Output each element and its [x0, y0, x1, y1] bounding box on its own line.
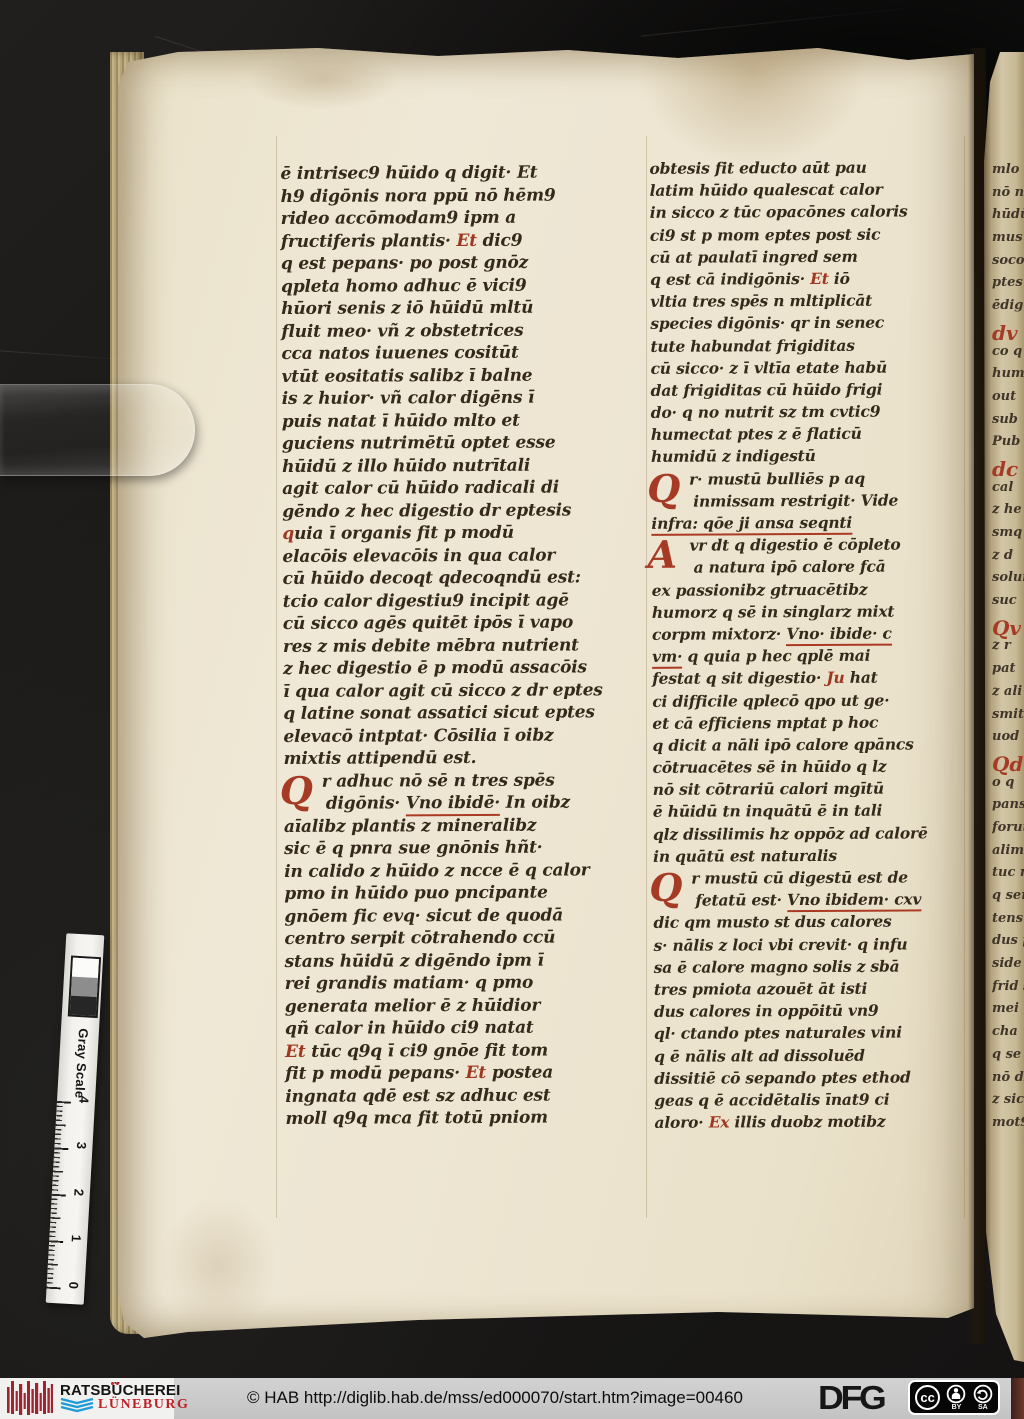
ink-text: hūori senis z iō hūidū mltū — [281, 298, 533, 319]
manuscript-text-line: cū hūido decoqt qdecoqndū est: — [283, 567, 649, 591]
text-column-left: ē intrisec9 hūido q digit· Eth9 digōnis … — [280, 162, 651, 1131]
ink-text: rei grandis matiam· q pmo — [285, 973, 533, 994]
manuscript-text-line: geas q ē accidētalis īnat9 ci — [654, 1089, 968, 1113]
manuscript-text-line: dic qm musto st dus calores — [653, 912, 967, 936]
ink-text: cū at paulatī ingred sem — [650, 246, 858, 266]
share-alike-arrow-icon — [973, 1384, 993, 1404]
manuscript-text-line: in quātū est naturalis — [653, 845, 967, 869]
manuscript-text-line: fructiferis plantis· Et dic9 — [281, 230, 647, 254]
ink-text: in sicco z tūc opacōnes caloris — [650, 202, 908, 222]
edge-text-fragment: dus p — [992, 933, 1024, 956]
ink-text: centro serpit cōtrahendo ccū — [284, 928, 555, 949]
ink-text: species digōnis· qr in senec — [650, 313, 884, 333]
manuscript-text-line: cū sicco· z ī vltīa etate habū — [650, 357, 964, 381]
ink-text: geas q ē accidētalis īnat9 ci — [654, 1089, 889, 1109]
edge-text-fragment: ēdig — [992, 298, 1024, 321]
manuscript-text-line: ex passionibz gtruacētibz — [652, 579, 966, 603]
red-touched-text: Et — [466, 1063, 487, 1083]
manuscript-text-line: a natura ipō calore fcā — [652, 557, 966, 581]
patch-black — [70, 996, 97, 1016]
manuscript-text-line: digōnis· Vno ibidē· In oibz — [284, 792, 650, 816]
edge-text-fragment: hum — [992, 366, 1024, 389]
edge-text-fragment: nō dz — [992, 1070, 1024, 1093]
edge-text-fragment: tens a — [992, 911, 1024, 934]
ink-text: dissitiē cō sepando ptes ethod — [654, 1067, 910, 1087]
ink-text: hūidū z illo hūido nutrītali — [282, 455, 530, 476]
manuscript-text-line: quia ī organis fit p modū — [282, 522, 648, 546]
manuscript-text-line: vtūt eositatis salibz ī balne — [282, 365, 648, 389]
manuscript-text-line: aloro· Ex illis duobz motibz — [654, 1111, 968, 1135]
manuscript-text-line: ī qua calor agit cū sicco z dr eptes — [283, 680, 649, 704]
ink-text: guciens nutrimētū optet esse — [282, 433, 556, 454]
ink-text: dic qm musto st dus calores — [653, 912, 891, 932]
red-underlined-text: infra: qōe ji ansa seqnti — [651, 513, 852, 536]
ink-text: moll q9q mca fit totū pniom — [285, 1108, 548, 1129]
umlaut-red-dots — [111, 1382, 120, 1385]
red-touched-text: Et — [285, 1041, 306, 1061]
ink-text: humorz q sē in singlarz mixt — [652, 601, 895, 621]
manuscript-text-line: in sicco z tūc opacōnes caloris — [650, 202, 964, 226]
edge-text-fragment: side p — [992, 956, 1024, 979]
copyright-url: © HAB http://diglib.hab.de/mss/ed000070/… — [247, 1388, 743, 1408]
edge-text-fragment: soco — [992, 253, 1024, 276]
manuscript-text-line: qpleta homo adhuc ē vici9 — [281, 275, 647, 299]
edge-text-fragment: uod — [992, 729, 1024, 752]
ink-text: fetatū est· — [695, 890, 787, 909]
ink-text: tute habundat frigiditas — [650, 335, 854, 355]
manuscript-text-line: vltia tres spēs n mltiplicāt — [650, 290, 964, 314]
ink-text: gēndo z hec digestio dr eptesis — [282, 500, 571, 522]
digitized-manuscript-photo: ē intrisec9 hūido q digit· Eth9 digōnis … — [0, 0, 1024, 1419]
ink-text: corpm mixtorz· — [652, 624, 786, 644]
manuscript-text-line: tcio calor digestiu9 incipit agē — [283, 590, 649, 614]
manuscript-text-line: humidū z indigestū — [651, 446, 965, 470]
ink-text: fit p modū pepans· — [285, 1063, 466, 1084]
edge-text-fragment: alimō — [992, 843, 1024, 866]
dfg-logo: DFG — [818, 1379, 884, 1417]
manuscript-text-line: festat q sit digestio· Ju hat — [652, 667, 966, 691]
edge-text-fragment: q se — [992, 1047, 1024, 1070]
manuscript-text-line: z hec digestio ē p modū assacōis — [283, 657, 649, 681]
ink-text: gnōem fic evq· sicut de quodā — [284, 905, 563, 926]
red-touched-text: Et — [810, 269, 829, 288]
manuscript-text-line: q ē nālis alt ad dissoluēd — [654, 1045, 968, 1069]
manuscript-text-line: is z huior· vñ calor digēns ī — [282, 387, 648, 411]
ink-text: aloro· — [654, 1113, 708, 1132]
manuscript-text-line: hūidū z illo hūido nutrītali — [282, 455, 648, 479]
manuscript-text-line: cū sicco agēs quitēt ipōs ī vapo — [283, 612, 649, 636]
edge-text-fragment: smq — [992, 525, 1024, 548]
ink-text: dic9 — [477, 230, 523, 250]
edge-text-fragment: smit — [992, 707, 1024, 730]
edge-text-fragment: forut — [992, 820, 1024, 843]
manuscript-text-line: in calido z hūido z ncce ē q calor — [284, 860, 650, 884]
manuscript-text-line: ci difficile qplecō qpo ut ge· — [652, 690, 966, 714]
manuscript-text-line: puis natat ī hūido mlto et — [282, 410, 648, 434]
ink-text: mixtis attipendū est. — [284, 748, 477, 769]
manuscript-text-line: s· nālis z loci vbi crevit· q infu — [654, 934, 968, 958]
manuscript-text-line: elacōis elevacōis in qua calor — [282, 545, 648, 569]
manuscript-text-line: obtesis fit educto aūt pau — [649, 157, 963, 181]
edge-text-fragment: z d — [992, 548, 1024, 571]
cc-license-badge: cc BY SA — [908, 1380, 1000, 1415]
ink-text: vltia tres spēs n mltiplicāt — [650, 291, 872, 311]
ink-text: inmissam restrigit· Vide — [693, 490, 898, 510]
manuscript-text-line: do· q no nutrit sz tm cvtic9 — [651, 401, 965, 425]
manuscript-text-line: generata melior ē z hūidior — [285, 995, 651, 1019]
manuscript-text-line: sa ē calore magno solis z sbā — [654, 956, 968, 980]
manuscript-text-line: cca natos iuuenes cositūt — [281, 342, 647, 366]
ink-text: illis duobz motibz — [729, 1112, 885, 1132]
manuscript-text-line: q latine sonat assatici sicut eptes — [283, 702, 649, 726]
ink-text: digōnis· — [326, 793, 406, 813]
cc-by-label: BY — [952, 1404, 962, 1411]
open-book-icon — [60, 1397, 94, 1413]
red-underlined-text: Vno ibidē· — [406, 793, 500, 816]
manuscript-text-line: Qr mustū cū digestū est de — [653, 867, 967, 891]
edge-text-fragment: z r — [992, 638, 1024, 661]
manuscript-text-line: elevacō intptat· Cōsilia ī oibz — [283, 725, 649, 749]
ink-text: ē intrisec9 hūido q digit· Et — [280, 163, 537, 184]
red-touched-text: Et — [456, 230, 477, 250]
ruler-label: Gray Scale — [72, 1028, 91, 1099]
ink-text: r mustū cū digestū est de — [691, 867, 908, 887]
ruler-number: 1 — [68, 1234, 84, 1249]
parchment-stain — [158, 1196, 278, 1336]
ink-text: rideo accōmodam9 ipm a — [281, 208, 516, 229]
facing-page-text-fragments: mlonō nhūdūmussocoptesēdigdvco qhumoutsu… — [992, 162, 1024, 1138]
edge-rubric-initial: Qv — [992, 616, 1024, 639]
red-touched-text: Ex — [709, 1112, 730, 1131]
ink-text: cōtruacētes sē in hūido q lz — [653, 757, 887, 777]
ink-text: hat — [844, 668, 877, 687]
ink-text: qpleta homo adhuc ē vici9 — [281, 275, 526, 296]
manuscript-text-line: rideo accōmodam9 ipm a — [281, 207, 647, 231]
ink-text: ci9 st p mom eptes post sic — [650, 224, 881, 244]
library-name-line2: LÜNEBURG — [98, 1397, 189, 1413]
ink-text: h9 digōnis nora ppū nō hēm9 — [281, 185, 556, 206]
ink-text: q quia p hec qplē mai — [682, 646, 870, 666]
edge-text-fragment: cha — [992, 1024, 1024, 1047]
manuscript-text-line: corpm mixtorz· Vno· ibide· c — [652, 623, 966, 647]
text-column-right: obtesis fit educto aūt paulatim hūido qu… — [649, 157, 968, 1135]
patch-gray — [71, 977, 98, 997]
manuscript-text-line: dissitiē cō sepando ptes ethod — [654, 1067, 968, 1091]
manuscript-text-line: fit p modū pepans· Et postea — [285, 1062, 651, 1086]
ink-text: cca natos iuuenes cositūt — [281, 343, 518, 364]
manuscript-text-line: latim hūido qualescat calor — [650, 179, 964, 203]
ink-text: ci difficile qplecō qpo ut ge· — [652, 690, 889, 710]
ink-text: r adhuc nō sē n tres spēs — [322, 770, 555, 791]
ink-text: tūc q9q ī ci9 gnōe fit tom — [305, 1040, 548, 1061]
edge-text-fragment: hūdū — [992, 207, 1024, 230]
ink-text: vtūt eositatis salibz ī balne — [282, 365, 533, 386]
manuscript-text-line: qlz dissilimis hz oppōz ad calorē — [653, 823, 967, 847]
manuscript-text-line: species digōnis· qr in senec — [650, 312, 964, 336]
red-underlined-text: vm· — [652, 647, 682, 669]
edge-text-fragment: tuc n· — [992, 865, 1024, 888]
edge-text-fragment: mot9 — [992, 1115, 1024, 1138]
grayscale-patches — [68, 956, 101, 1019]
ink-text: puis natat ī hūido mlto et — [282, 410, 520, 431]
edge-rubric-initial: Qd — [992, 752, 1024, 775]
ink-text: iō — [829, 269, 850, 288]
red-touched-text: Ju — [826, 668, 844, 687]
page-holder-strip — [0, 384, 195, 476]
manuscript-text-line: tres pmiota azouēt āt isti — [654, 978, 968, 1002]
manuscript-text-line: Avr dt q digestio ē cōpleto — [651, 534, 965, 558]
ruler-number: 3 — [73, 1141, 89, 1156]
gutter-shadow — [968, 48, 986, 1344]
ink-text: sa ē calore magno solis z sbā — [654, 956, 900, 976]
edge-text-fragment: mlo — [992, 162, 1024, 185]
ink-text: ingnata qdē est sz adhuc est — [285, 1085, 550, 1106]
manuscript-text-line: tute habundat frigiditas — [650, 335, 964, 359]
manuscript-text-line: humorz q sē in singlarz mixt — [652, 601, 966, 625]
footer-bar: RATSBÜCHEREI LÜNEBURG © HAB http://digli… — [0, 1378, 1024, 1419]
edge-text-fragment: mei pu — [992, 1001, 1024, 1024]
edge-text-fragment: frid se — [992, 979, 1024, 1002]
ink-text: ex passionibz gtruacētibz — [652, 579, 868, 599]
manuscript-text-line: Qr· mustū bulliēs p aq — [651, 468, 965, 492]
ink-text: ī qua calor agit cū sicco z dr eptes — [283, 680, 603, 702]
ink-text: res z mis debite mēbra nutrient — [283, 635, 579, 657]
ink-text: humidū z indigestū — [651, 446, 816, 466]
parchment-stain — [248, 50, 398, 110]
ink-text: fructiferis plantis· — [281, 231, 457, 252]
edge-rubric-initial: dc — [992, 457, 1024, 480]
facing-page-edge: mlonō nhūdūmussocoptesēdigdvco qhumoutsu… — [984, 52, 1024, 1362]
edge-text-fragment: out — [992, 389, 1024, 412]
edge-text-fragment: mus — [992, 230, 1024, 253]
ink-text: stans hūidū z digēndo ipm ī — [285, 950, 544, 971]
ink-text: s· nālis z loci vbi crevit· q infu — [654, 934, 908, 954]
manuscript-text-line: inmissam restrigit· Vide — [651, 490, 965, 514]
ink-text: tcio calor digestiu9 incipit agē — [283, 590, 569, 611]
manuscript-text-line: stans hūidū z digēndo ipm ī — [285, 950, 651, 974]
manuscript-text-line: aīalibz plantis z mineralibz — [284, 815, 650, 839]
edge-text-fragment: z sic — [992, 1092, 1024, 1115]
manuscript-text-line: infra: qōe ji ansa seqnti — [651, 512, 965, 536]
ink-text: do· q no nutrit sz tm cvtic9 — [651, 402, 881, 422]
manuscript-text-line: dat frigiditas cū hūido frigi — [651, 379, 965, 403]
ink-text: q est cā indigōnis· — [650, 269, 810, 289]
red-underlined-text: Vno ibidem· cxv — [787, 890, 921, 913]
manuscript-text-line: ē intrisec9 hūido q digit· Et — [280, 162, 646, 186]
ruler-number: 2 — [71, 1188, 87, 1203]
patch-white — [72, 958, 99, 978]
manuscript-text-line: ingnata qdē est sz adhuc est — [285, 1085, 651, 1109]
manuscript-text-line: Et tūc q9q ī ci9 gnōe fit tom — [285, 1040, 651, 1064]
manuscript-text-line: h9 digōnis nora ppū nō hēm9 — [281, 185, 647, 209]
edge-text-fragment: co q — [992, 344, 1024, 367]
edge-text-fragment: nō n — [992, 185, 1024, 208]
ink-text: humectat ptes z ē flaticū — [651, 424, 862, 444]
ruler-number: 4 — [76, 1096, 92, 1111]
parchment-stain — [638, 46, 868, 166]
ink-text: q dicit a nāli ipō calore qpāncs — [652, 734, 913, 754]
ink-text: ē hūidū tn inquātū ē in tali — [653, 801, 882, 821]
manuscript-text-line: hūori senis z iō hūidū mltū — [281, 297, 647, 321]
manuscript-text-line: nō sit cōtrariū calori mgītū — [653, 778, 967, 802]
ink-text: elacōis elevacōis in qua calor — [282, 545, 555, 566]
edge-text-fragment: cal — [992, 480, 1024, 503]
edge-rubric-initial: dv — [992, 321, 1024, 344]
attribution-person-icon — [946, 1384, 966, 1404]
ink-text: q ē nālis alt ad dissoluēd — [654, 1045, 865, 1065]
manuscript-text-line: guciens nutrimētū optet esse — [282, 432, 648, 456]
manuscript-text-line: res z mis debite mēbra nutrient — [283, 635, 649, 659]
ink-text: is z huior· vñ calor digēns ī — [282, 388, 535, 409]
manuscript-text-line: Qr adhuc nō sē n tres spēs — [284, 770, 650, 794]
ink-text: ql· ctando ptes naturales vini — [654, 1023, 902, 1043]
red-touched-text: q — [282, 524, 294, 544]
ink-text: generata melior ē z hūidior — [285, 995, 540, 1016]
ruling-line — [276, 136, 277, 1218]
manuscript-text-line: fluit meo· vñ z obstetrices — [281, 320, 647, 344]
book-cover-sliver — [1011, 1378, 1024, 1419]
red-underlined-text: Vno· ibide· c — [786, 624, 891, 647]
ink-text: obtesis fit educto aūt pau — [649, 158, 866, 178]
ink-text: postea — [486, 1063, 553, 1083]
library-bars-icon — [7, 1381, 53, 1416]
ink-text: et cā efficiens mptat p hoc — [652, 712, 878, 732]
manuscript-page: ē intrisec9 hūido q digit· Eth9 digōnis … — [118, 46, 974, 1338]
ink-text: elevacō intptat· Cōsilia ī oibz — [283, 725, 553, 746]
manuscript-text-line: cōtruacētes sē in hūido q lz — [653, 756, 967, 780]
ink-text: cū sicco agēs quitēt ipōs ī vapo — [283, 612, 573, 634]
edge-text-fragment: Pub — [992, 434, 1024, 457]
ink-text: pmo in hūido puo pncipante — [284, 883, 548, 904]
cc-sa-item: SA — [973, 1384, 993, 1411]
manuscript-text-line: q dicit a nāli ipō calore qpāncs — [652, 734, 966, 758]
edge-text-fragment: pat — [992, 661, 1024, 684]
ink-text: fluit meo· vñ z obstetrices — [281, 320, 523, 341]
ink-text: in quātū est naturalis — [653, 846, 837, 866]
ruler-number: 0 — [66, 1281, 82, 1296]
manuscript-text-line: moll q9q mca fit totū pniom — [285, 1107, 651, 1131]
background-scratch — [641, 4, 939, 36]
ink-text: nō sit cōtrariū calori mgītū — [653, 779, 884, 799]
ink-text: aīalibz plantis z mineralibz — [284, 815, 537, 836]
ruler-ticks — [46, 1101, 72, 1290]
manuscript-text-line: vm· q quia p hec qplē mai — [652, 645, 966, 669]
manuscript-text-line: fetatū est· Vno ibidem· cxv — [653, 889, 967, 913]
ink-text: dus calores in oppōitū vn9 — [654, 1001, 879, 1021]
edge-text-fragment: o q — [992, 775, 1024, 798]
edge-text-fragment: sub — [992, 412, 1024, 435]
manuscript-text-line: gnōem fic evq· sicut de quodā — [284, 905, 650, 929]
manuscript-text-line: ql· ctando ptes naturales vini — [654, 1022, 968, 1046]
ink-text: sic ē q pnra sue gnōnis hñt· — [284, 838, 543, 859]
ink-text: In oibz — [500, 792, 570, 812]
edge-text-fragment: suc — [992, 593, 1024, 616]
manuscript-text-line: gēndo z hec digestio dr eptesis — [282, 500, 648, 524]
ink-text: qñ calor in hūido ci9 natat — [285, 1018, 534, 1039]
manuscript-text-line: ē hūidū tn inquātū ē in tali — [653, 801, 967, 825]
manuscript-text-line: mixtis attipendū est. — [284, 747, 650, 771]
edge-text-fragment: q sem — [992, 888, 1024, 911]
ink-text: qlz dissilimis hz oppōz ad calorē — [653, 823, 928, 843]
edge-text-fragment: z he — [992, 502, 1024, 525]
manuscript-text-line: centro serpit cōtrahendo ccū — [284, 927, 650, 951]
grayscale-ruler: Gray Scale 4 3 2 1 0 — [46, 933, 105, 1305]
ink-text: cū hūido decoqt qdecoqndū est: — [283, 567, 581, 589]
manuscript-text-line: qñ calor in hūido ci9 natat — [285, 1017, 651, 1041]
ink-text: festat q sit digestio· — [652, 668, 826, 688]
ink-text: q est pepans· po post gnōz — [281, 253, 528, 274]
library-logo: RATSBÜCHEREI LÜNEBURG — [0, 1378, 174, 1419]
edge-text-fragment: z ali — [992, 684, 1024, 707]
cc-by-item: BY — [946, 1384, 966, 1411]
manuscript-text-line: q est pepans· po post gnōz — [281, 252, 647, 276]
edge-text-fragment: ptes — [992, 275, 1024, 298]
ink-text: dat frigiditas cū hūido frigi — [651, 379, 883, 399]
ink-text: tres pmiota azouēt āt isti — [654, 979, 867, 999]
ink-text: agit calor cū hūido radicali di — [282, 478, 559, 499]
edge-text-fragment: solui — [992, 570, 1024, 593]
ink-text: z hec digestio ē p modū assacōis — [283, 657, 587, 679]
ink-text: q latine sonat assatici sicut eptes — [283, 702, 595, 724]
manuscript-text-line: humectat ptes z ē flaticū — [651, 423, 965, 447]
manuscript-text-line: sic ē q pnra sue gnōnis hñt· — [284, 837, 650, 861]
ink-text: latim hūido qualescat calor — [650, 180, 883, 200]
manuscript-text-line: cū at paulatī ingred sem — [650, 246, 964, 270]
cc-icon: cc — [915, 1385, 940, 1410]
manuscript-text-line: ci9 st p mom eptes post sic — [650, 224, 964, 248]
ink-text: in calido z hūido z ncce ē q calor — [284, 860, 589, 882]
ink-text: uia ī organis fit p modū — [294, 523, 514, 544]
ink-text: a natura ipō calore fcā — [694, 557, 886, 577]
manuscript-text-line: pmo in hūido puo pncipante — [284, 882, 650, 906]
edge-text-fragment: pans — [992, 797, 1024, 820]
manuscript-text-line: q est cā indigōnis· Et iō — [650, 268, 964, 292]
manuscript-text-line: rei grandis matiam· q pmo — [285, 972, 651, 996]
cc-sa-label: SA — [978, 1404, 988, 1411]
manuscript-text-line: dus calores in oppōitū vn9 — [654, 1000, 968, 1024]
manuscript-text-line: et cā efficiens mptat p hoc — [652, 712, 966, 736]
ink-text: r· mustū bulliēs p aq — [689, 468, 865, 488]
manuscript-text-line: agit calor cū hūido radicali di — [282, 477, 648, 501]
ink-text: cū sicco· z ī vltīa etate habū — [650, 357, 887, 377]
ink-text: vr dt q digestio ē cōpleto — [689, 535, 900, 555]
